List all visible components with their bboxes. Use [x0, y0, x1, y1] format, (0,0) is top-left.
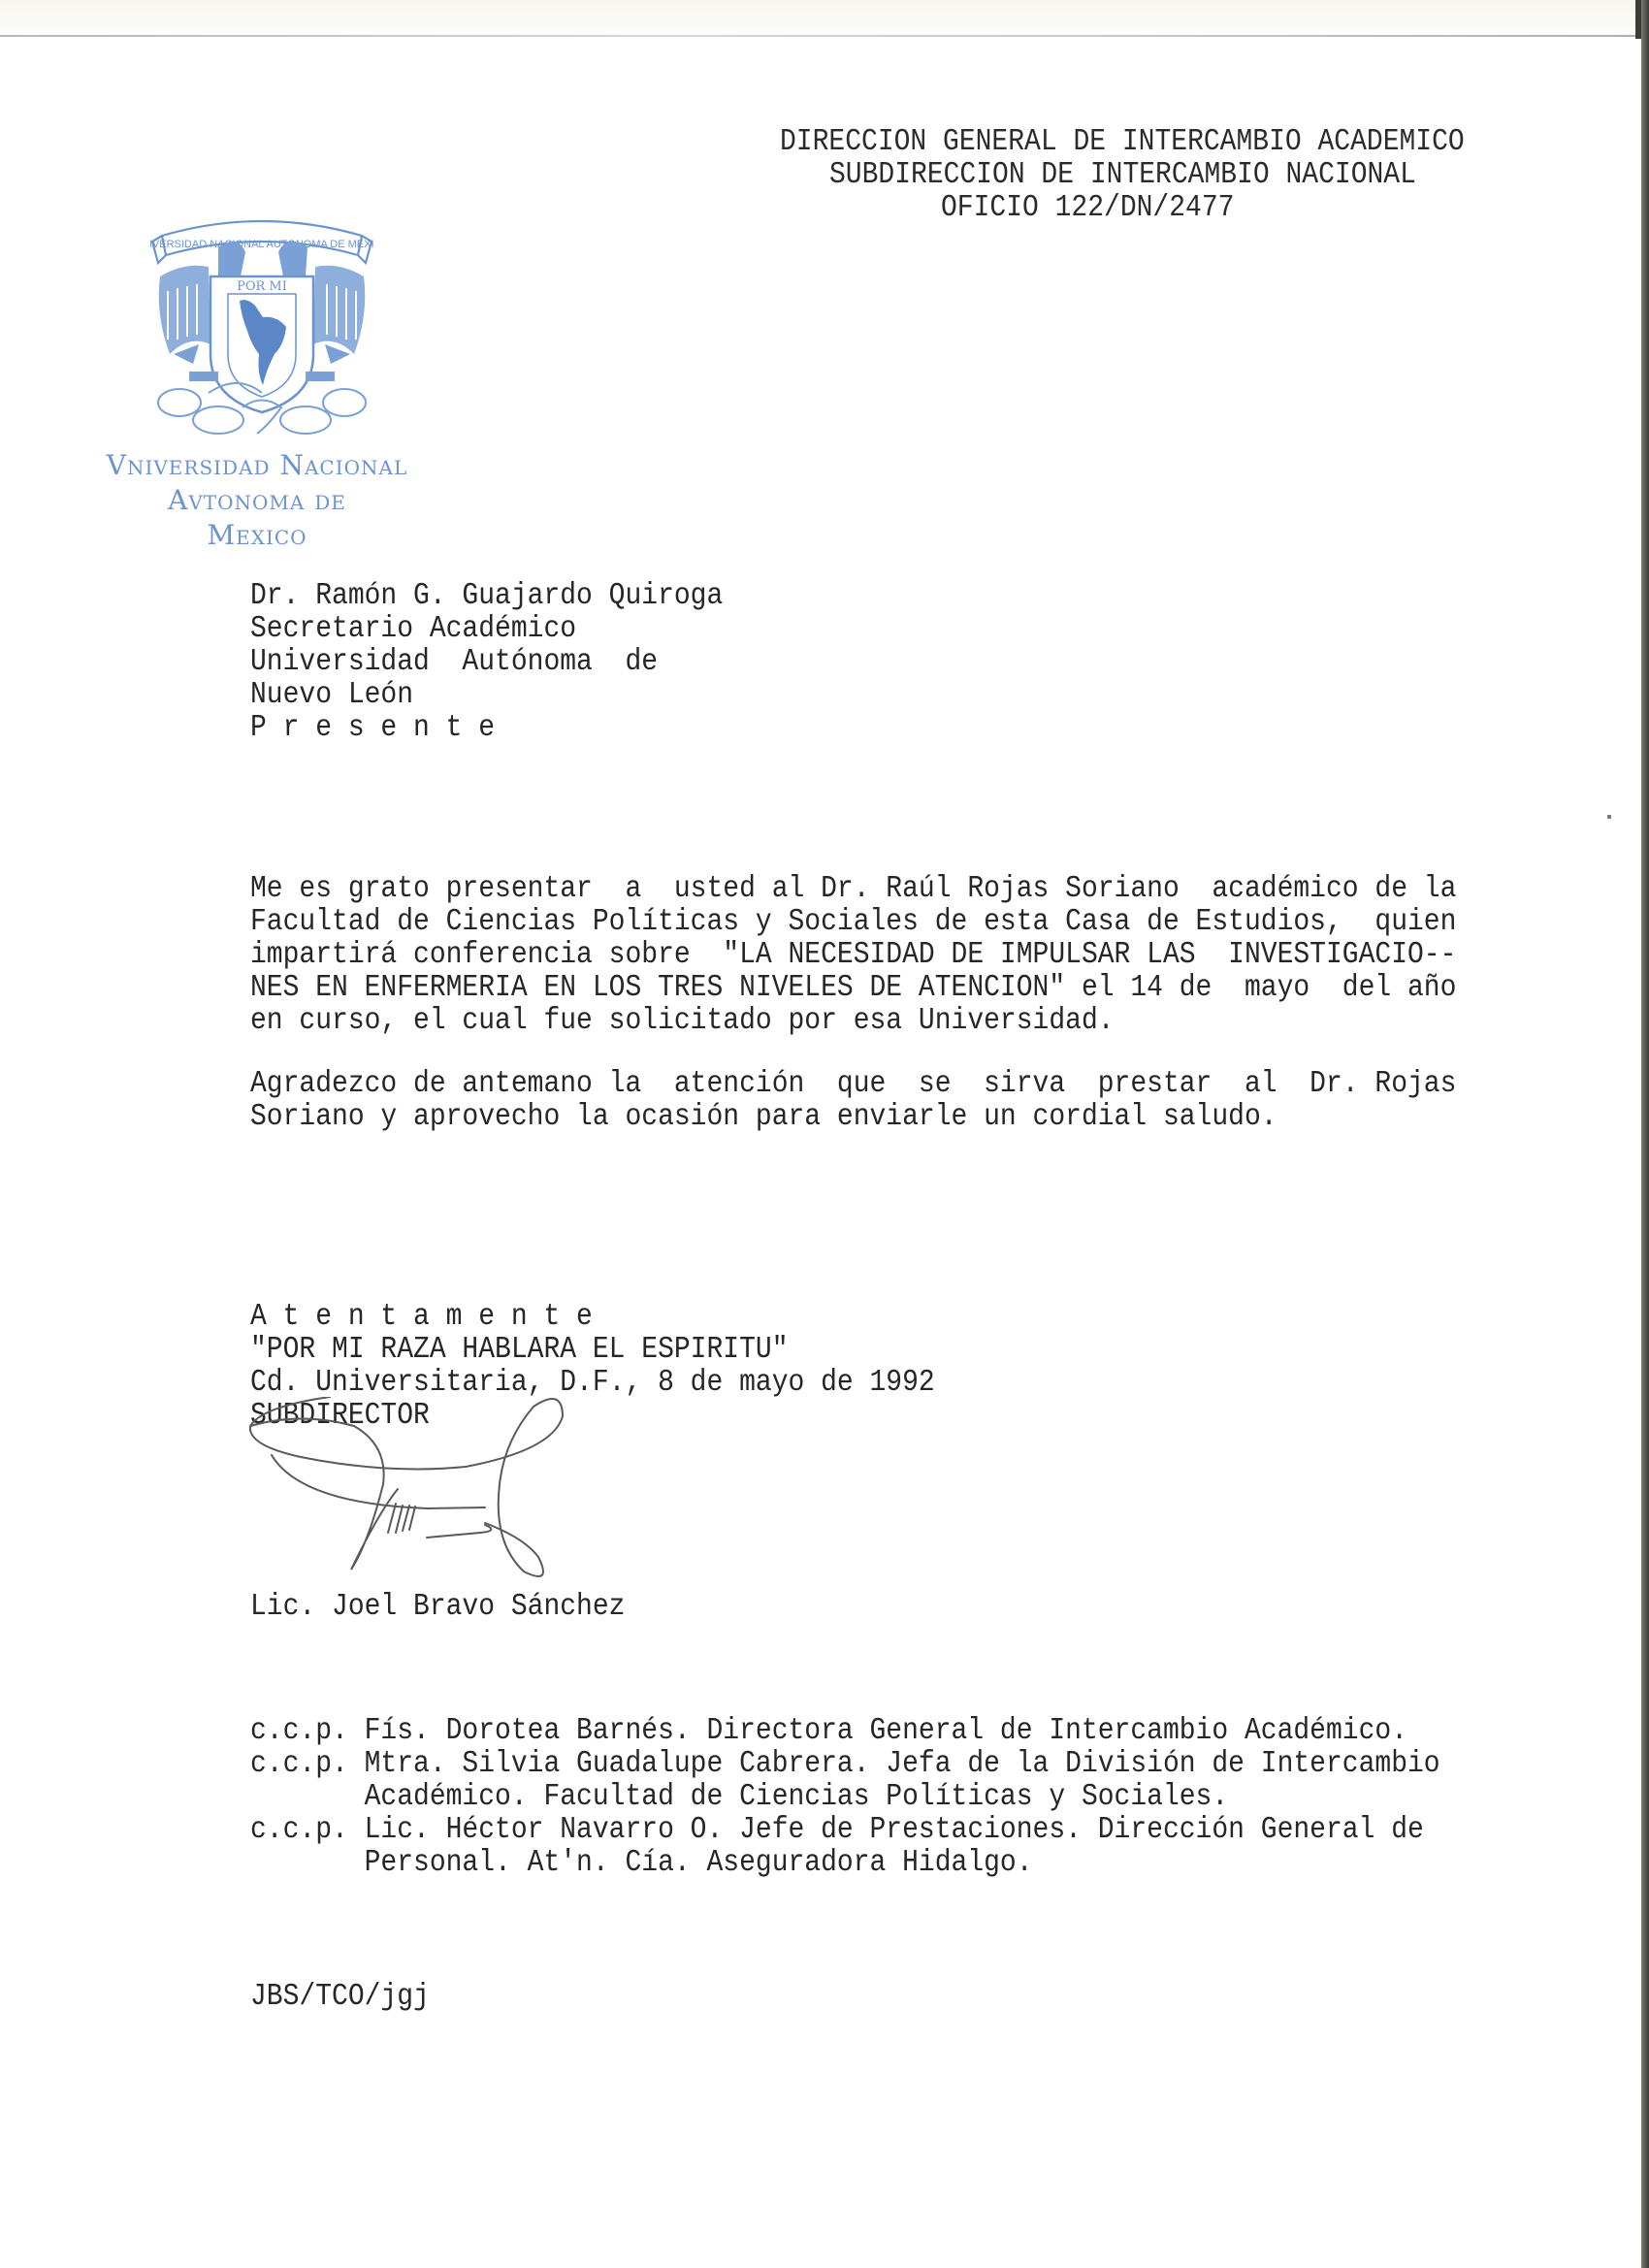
handwritten-signature-icon [242, 1397, 572, 1591]
letterhead-oficio-number: OFICIO 122/DN/2477 [941, 190, 1234, 227]
logo-autonoma-line: Avtonoma de [97, 484, 417, 516]
closing-motto: "POR MI RAZA HABLARA EL ESPIRITU" [250, 1332, 789, 1369]
signer-name: Lic. Joel Bravo Sánchez [250, 1589, 625, 1626]
cc-line: Académico. Facultad de Ciencias Política… [250, 1779, 1228, 1816]
body-paragraph-2-line: Soriano y aprovecho la ocasión para envi… [250, 1099, 1277, 1136]
recipient-name: Dr. Ramón G. Guajardo Quiroga [250, 578, 723, 615]
scan-edge-line [0, 35, 1641, 37]
cc-line: c.c.p. Lic. Héctor Navarro O. Jefe de Pr… [250, 1812, 1424, 1849]
body-paragraph-1-line: Facultad de Ciencias Políticas y Sociale… [250, 904, 1456, 941]
recipient-location: Nuevo León [250, 677, 413, 714]
body-paragraph-2-line: Agradezco de antemano la atención que se… [250, 1066, 1456, 1103]
letterhead-department: DIRECCION GENERAL DE INTERCAMBIO ACADEMI… [780, 124, 1465, 161]
scan-top-edge [0, 0, 1649, 37]
reference-initials: JBS/TCO/jgj [250, 1979, 430, 2016]
paper-speck [1607, 815, 1611, 819]
recipient-presente: P r e s e n t e [250, 710, 495, 747]
cc-line: c.c.p. Mtra. Silvia Guadalupe Cabrera. J… [250, 1746, 1440, 1783]
svg-text:POR MI: POR MI [237, 279, 287, 294]
recipient-title: Secretario Académico [250, 611, 576, 648]
body-paragraph-1-line: Me es grato presentar a usted al Dr. Raú… [250, 871, 1456, 908]
unam-coat-of-arms-icon: UNIVERSIDAD NACIONAL AUTONOMA DE MEXICO … [150, 209, 373, 441]
scan-right-edge [1641, 0, 1649, 2268]
cc-line: c.c.p. Fís. Dorotea Barnés. Directora Ge… [250, 1713, 1407, 1750]
logo-mexico-line: Mexico [97, 519, 417, 551]
letterhead-subdepartment: SUBDIRECCION DE INTERCAMBIO NACIONAL [829, 157, 1416, 194]
logo-university-line: Vniversidad Nacional [97, 449, 417, 481]
svg-text:UNIVERSIDAD NACIONAL AUTONOMA: UNIVERSIDAD NACIONAL AUTONOMA DE MEXICO [150, 239, 373, 250]
body-paragraph-1-line: impartirá conferencia sobre "LA NECESIDA… [250, 937, 1456, 974]
unam-logo: UNIVERSIDAD NACIONAL AUTONOMA DE MEXICO … [97, 199, 417, 558]
cc-line: Personal. At'n. Cía. Aseguradora Hidalgo… [250, 1845, 1033, 1882]
recipient-institution: Universidad Autónoma de [250, 644, 658, 681]
closing-atentamente: A t e n t a m e n t e [250, 1299, 593, 1336]
body-paragraph-1-line: NES EN ENFERMERIA EN LOS TRES NIVELES DE… [250, 970, 1456, 1007]
body-paragraph-1-line: en curso, el cual fue solicitado por esa… [250, 1003, 1115, 1040]
